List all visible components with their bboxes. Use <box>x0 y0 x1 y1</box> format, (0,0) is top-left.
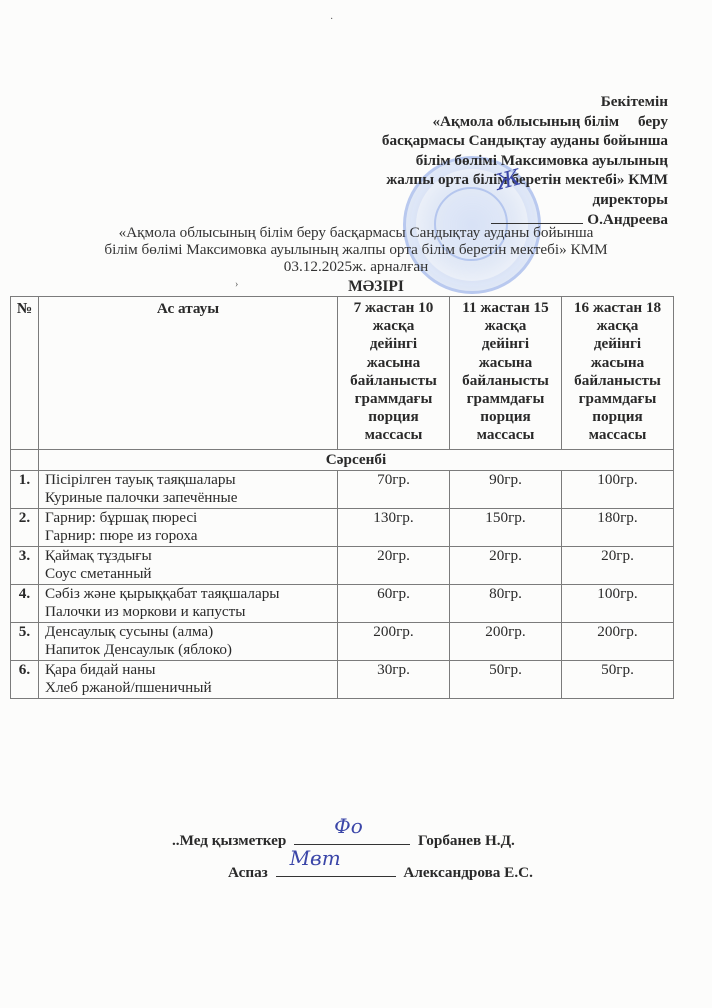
header-age-line: массасы <box>338 426 449 444</box>
dish-name-cell: Денсаулық сусыны (алма)Напиток Денсаулык… <box>39 622 338 660</box>
dish-name-kz: Денсаулық сусыны (алма) <box>45 623 337 641</box>
header-age-line: дейінгі <box>338 335 449 353</box>
header-age-line: жасқа <box>562 317 673 335</box>
dish-name-ru: Хлеб ржаной/пшеничный <box>45 679 337 697</box>
table-row: 2.Гарнир: бұршақ пюресіГарнир: пюре из г… <box>11 508 674 546</box>
portion-11-15: 50гр. <box>450 660 562 698</box>
approval-line: жалпы орта білім беретін мектебі» КММ <box>382 170 668 190</box>
header-age-line: жасына <box>338 354 449 372</box>
org-line-1: «Ақмола облысының білім беру басқармасы … <box>0 224 712 241</box>
dish-name-cell: Сәбіз және қырыққабат таяқшаларыПалочки … <box>39 584 338 622</box>
portion-16-18: 100гр. <box>562 470 674 508</box>
portion-16-18: 20гр. <box>562 546 674 584</box>
menu-table: № Ас атауы 7 жастан 10жасқадейінгіжасына… <box>10 296 674 699</box>
dish-name-ru: Соус сметанный <box>45 565 337 583</box>
medic-signature-line: Фо <box>294 832 410 845</box>
header-age-line: массасы <box>450 426 561 444</box>
row-number: 5. <box>11 622 39 660</box>
day-number-cell <box>11 449 39 470</box>
dish-name-ru: Палочки из моркови и капусты <box>45 603 337 621</box>
portion-11-15: 80гр. <box>450 584 562 622</box>
header-age-line: жасына <box>450 354 561 372</box>
menu-title: МӘЗІРІ <box>0 278 712 296</box>
row-number: 6. <box>11 660 39 698</box>
table-row: 4.Сәбіз және қырыққабат таяқшаларыПалочк… <box>11 584 674 622</box>
portion-16-18: 200гр. <box>562 622 674 660</box>
dish-name-kz: Сәбіз және қырыққабат таяқшалары <box>45 585 337 603</box>
dish-name-cell: Пісірілген тауық таяқшаларыКуриные палоч… <box>39 470 338 508</box>
scan-speck: · <box>330 14 333 25</box>
medic-label: ..Мед қызметкер <box>172 832 286 849</box>
header-age-line: байланысты <box>450 372 561 390</box>
medic-signature: Фо <box>334 814 363 838</box>
approval-line: директоры <box>382 190 668 210</box>
portion-11-15: 150гр. <box>450 508 562 546</box>
portion-11-15: 200гр. <box>450 622 562 660</box>
cook-signature: Мвт <box>290 846 341 870</box>
approval-line: басқармасы Сандықтау ауданы бойынша <box>382 131 668 151</box>
header-age-line: порция <box>562 408 673 426</box>
header-age-line: порция <box>338 408 449 426</box>
portion-16-18: 100гр. <box>562 584 674 622</box>
organization-header: «Ақмола облысының білім беру басқармасы … <box>0 224 712 275</box>
header-age-line: порция <box>450 408 561 426</box>
header-age-16-18: 16 жастан 18жасқадейінгіжасынабайланысты… <box>562 297 674 450</box>
header-age-11-15: 11 жастан 15жасқадейінгіжасынабайланысты… <box>450 297 562 450</box>
portion-16-18: 50гр. <box>562 660 674 698</box>
approval-line: «Ақмола облысының білім беру <box>382 112 668 132</box>
table-row: 3.Қаймақ тұздығыСоус сметанный20гр.20гр.… <box>11 546 674 584</box>
dish-name-ru: Куриные палочки запечённые <box>45 489 337 507</box>
portion-11-15: 20гр. <box>450 546 562 584</box>
portion-7-10: 20гр. <box>338 546 450 584</box>
dish-name-kz: Пісірілген тауық таяқшалары <box>45 471 337 489</box>
org-line-2: білім бөлімі Максимовка ауылының жалпы о… <box>0 241 712 258</box>
row-number: 3. <box>11 546 39 584</box>
header-age-line: жасқа <box>450 317 561 335</box>
header-age-7-10: 7 жастан 10жасқадейінгіжасынабайланыстыг… <box>338 297 450 450</box>
portion-7-10: 60гр. <box>338 584 450 622</box>
header-age-line: жасына <box>562 354 673 372</box>
portion-7-10: 130гр. <box>338 508 450 546</box>
cook-label: Аспаз <box>228 864 268 881</box>
dish-name-cell: Қара бидай наныХлеб ржаной/пшеничный <box>39 660 338 698</box>
dish-name-kz: Гарнир: бұршақ пюресі <box>45 509 337 527</box>
dish-name-ru: Напиток Денсаулык (яблоко) <box>45 641 337 659</box>
portion-7-10: 70гр. <box>338 470 450 508</box>
header-age-line: дейінгі <box>562 335 673 353</box>
header-age-line: байланысты <box>338 372 449 390</box>
portion-7-10: 200гр. <box>338 622 450 660</box>
header-age-line: граммдағы <box>338 390 449 408</box>
header-age-line: 7 жастан 10 <box>338 299 449 317</box>
row-number: 1. <box>11 470 39 508</box>
signature-line <box>491 213 583 224</box>
cook-signature-line: Мвт <box>276 864 396 877</box>
dish-name-cell: Қаймақ тұздығыСоус сметанный <box>39 546 338 584</box>
table-row: 6.Қара бидай наныХлеб ржаной/пшеничный30… <box>11 660 674 698</box>
header-age-line: 16 жастан 18 <box>562 299 673 317</box>
cook-name: Александрова Е.С. <box>403 864 533 881</box>
header-number: № <box>11 297 39 450</box>
medic-name: Горбанев Н.Д. <box>418 832 515 849</box>
dish-name-cell: Гарнир: бұршақ пюресіГарнир: пюре из гор… <box>39 508 338 546</box>
dish-name-kz: Қара бидай наны <box>45 661 337 679</box>
cook-signature-row: Аспаз Мвт Александрова Е.С. <box>228 864 533 882</box>
approval-line: Бекітемін <box>382 92 668 112</box>
header-dish-name: Ас атауы <box>39 297 338 450</box>
table-header-row: № Ас атауы 7 жастан 10жасқадейінгіжасына… <box>11 297 674 450</box>
header-age-line: дейінгі <box>450 335 561 353</box>
header-age-line: 11 жастан 15 <box>450 299 561 317</box>
menu-date: 03.12.2025ж. арналған <box>0 258 712 275</box>
row-number: 2. <box>11 508 39 546</box>
portion-16-18: 180гр. <box>562 508 674 546</box>
header-age-line: массасы <box>562 426 673 444</box>
medic-signature-row: ..Мед қызметкер Фо Горбанев Н.Д. <box>172 832 515 850</box>
header-age-line: байланысты <box>562 372 673 390</box>
portion-7-10: 30гр. <box>338 660 450 698</box>
header-age-line: граммдағы <box>562 390 673 408</box>
header-age-line: граммдағы <box>450 390 561 408</box>
approval-line: білім бөлімі Максимовка ауылының <box>382 151 668 171</box>
day-row: Сәрсенбі <box>11 449 674 470</box>
table-row: 1.Пісірілген тауық таяқшаларыКуриные пал… <box>11 470 674 508</box>
dish-name-ru: Гарнир: пюре из гороха <box>45 527 337 545</box>
table-row: 5.Денсаулық сусыны (алма)Напиток Денсаул… <box>11 622 674 660</box>
portion-11-15: 90гр. <box>450 470 562 508</box>
dish-name-kz: Қаймақ тұздығы <box>45 547 337 565</box>
header-age-line: жасқа <box>338 317 449 335</box>
row-number: 4. <box>11 584 39 622</box>
day-label: Сәрсенбі <box>39 449 674 470</box>
approval-block: Бекітемін «Ақмола облысының білім беру б… <box>382 92 668 229</box>
